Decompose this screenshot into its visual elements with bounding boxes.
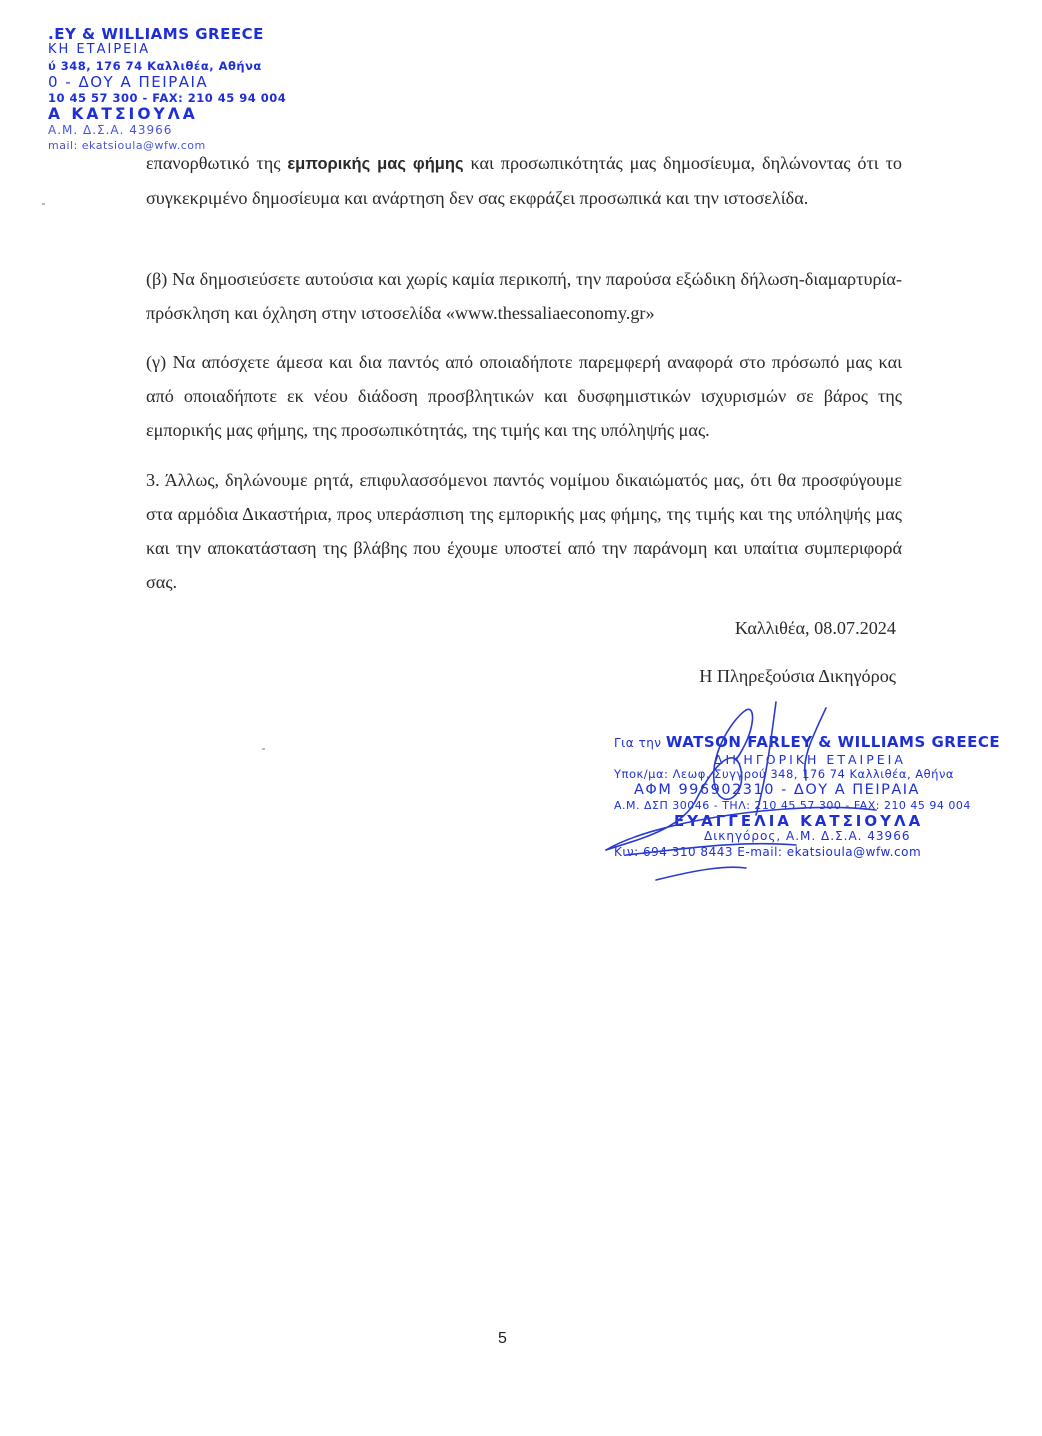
stamp-contact: Κιν: 694 310 8443 E-mail: ekatsioula@wfw…	[614, 845, 1000, 861]
stamp-lawyer-title: Δικηγόρος, Α.Μ. Δ.Σ.Α. 43966	[614, 829, 1000, 845]
stamp-firm-type: ΔΙΚΗΓΟΡΙΚΗ ΕΤΑΙΡΕΙΑ	[614, 752, 1000, 768]
stamp-firm-name: .EY & WILLIAMS GREECE	[48, 26, 286, 42]
paragraph-c-abstain-request: (γ) Να απόσχετε άμεσα και δια παντός από…	[146, 345, 902, 447]
p2-text: (β) Να δημοσιεύσετε αυτούσια και χωρίς κ…	[146, 262, 902, 330]
stamp-registration: Α.Μ. Δ.Σ.Α. 43966	[48, 122, 286, 138]
stamp-tax-id: ΑΦΜ 996902310 - ΔΟΥ Α ΠΕΙΡΑΙΑ	[614, 783, 1000, 799]
header-company-stamp: .EY & WILLIAMS GREECE ΚΗ ΕΤΑΙΡΕΙΑ ύ 348,…	[48, 26, 286, 154]
stamp-address: Υποκ/μα: Λεωφ. Συγγρού 348, 176 74 Καλλι…	[614, 767, 1000, 783]
p3-text: (γ) Να απόσχετε άμεσα και δια παντός από…	[146, 345, 902, 447]
paragraph-correction-statement: επανορθωτικό της εμπορικής μας φήμης και…	[146, 146, 902, 215]
p1-text-start: επανορθωτικό της	[146, 153, 287, 173]
page-number: 5	[498, 1330, 507, 1348]
stamp-lawyer-name: Α ΚΑΤΣΙΟΥΛΑ	[48, 106, 286, 122]
stamp-lawyer-name: ΕΥΑΓΓΕΛΙΑ ΚΑΤΣΙΟΥΛΑ	[614, 814, 1000, 830]
stamp-firm-name: WATSON FARLEY & WILLIAMS GREECE	[666, 733, 1000, 751]
stamp-address: ύ 348, 176 74 Καλλιθέα, Αθήνα	[48, 58, 286, 74]
stamp-firm-type: ΚΗ ΕΤΑΙΡΕΙΑ	[48, 42, 286, 58]
stamp-phones: 10 45 57 300 - FAX: 210 45 94 004	[48, 90, 286, 106]
stamp-prefix: Για την	[614, 736, 666, 750]
signatory-role: Η Πληρεξούσια Δικηγόρος	[699, 666, 896, 687]
scan-speck	[262, 748, 265, 750]
paragraph-b-publish-request: (β) Να δημοσιεύσετε αυτούσια και χωρίς κ…	[146, 262, 902, 330]
place-and-date: Καλλιθέα, 08.07.2024	[735, 618, 896, 639]
p1-bold-phrase: εμπορικής μας φήμης	[287, 155, 463, 173]
stamp-tax-office: 0 - ΔΟΥ Α ΠΕΙΡΑΙΑ	[48, 74, 286, 90]
scan-speck	[42, 203, 45, 205]
p4-text: 3. Άλλως, δηλώνουμε ρητά, επιφυλασσόμενο…	[146, 463, 902, 599]
paragraph-3-legal-reservation: 3. Άλλως, δηλώνουμε ρητά, επιφυλασσόμενο…	[146, 463, 902, 599]
signature-company-stamp: Για την WATSON FARLEY & WILLIAMS GREECE …	[614, 735, 1000, 860]
